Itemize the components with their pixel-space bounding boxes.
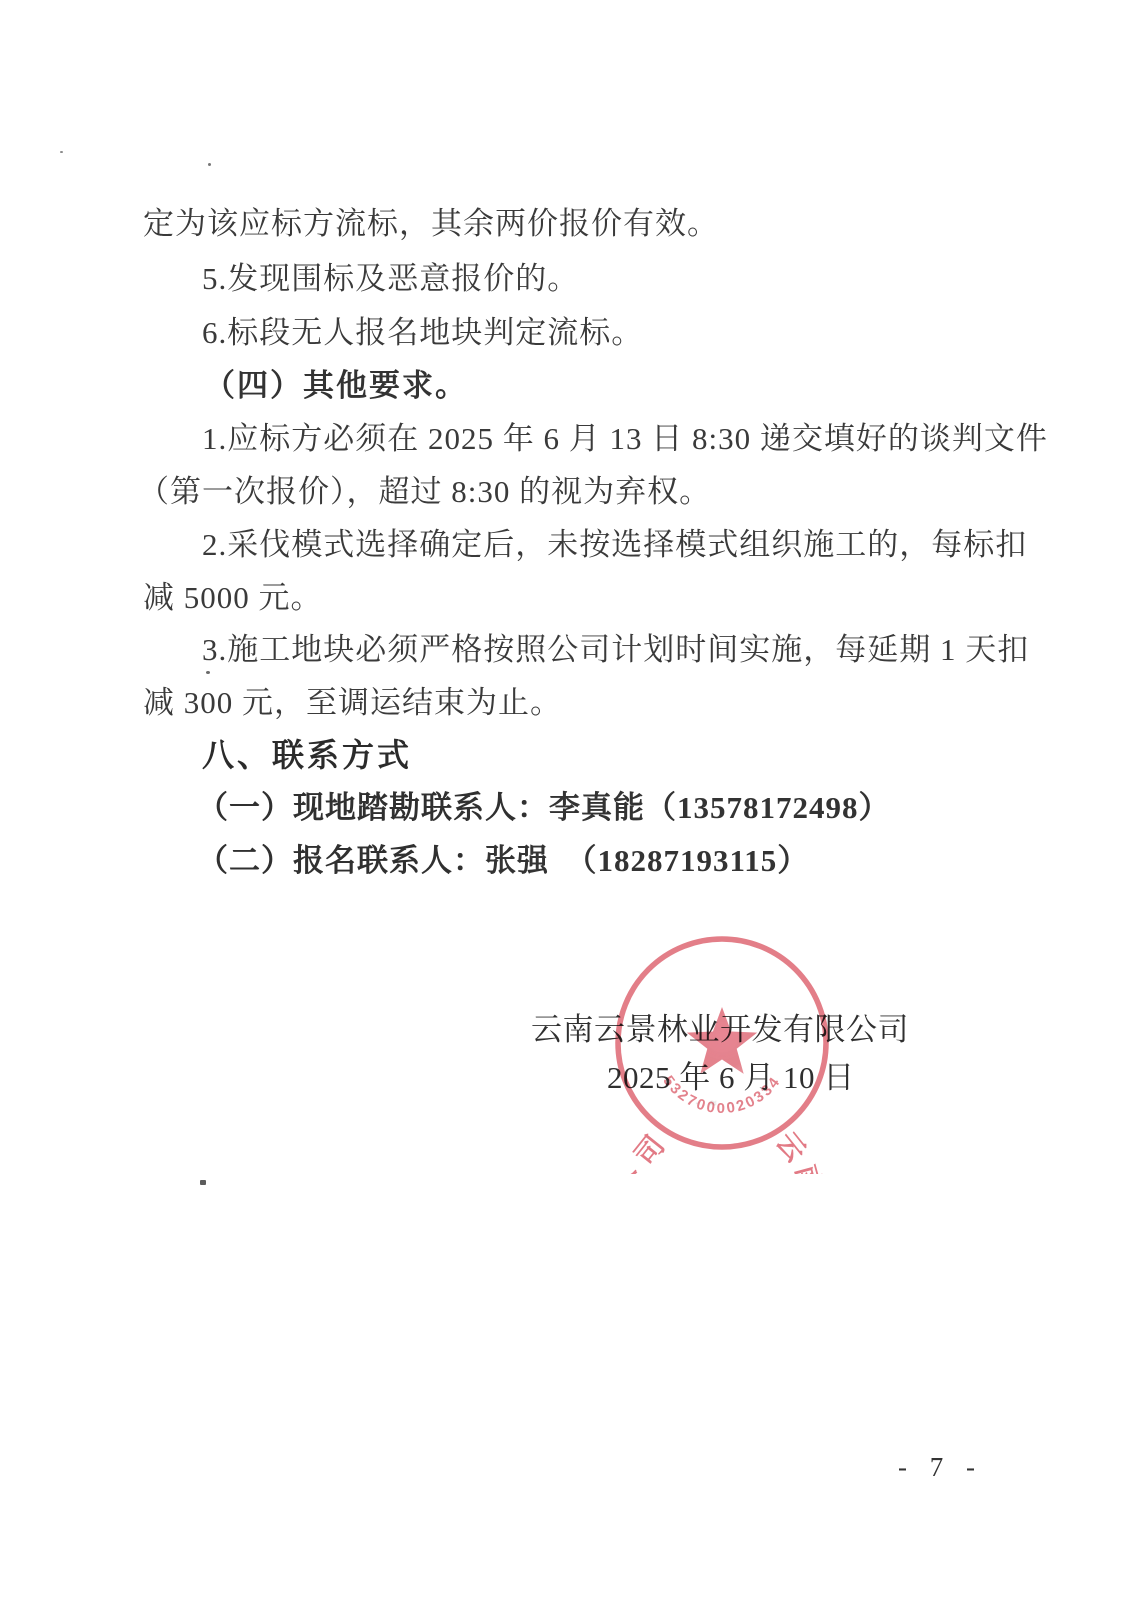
contact-line-registration: （二）报名联系人：张强 （18287193115） <box>197 843 809 879</box>
paragraph-line: 3.施工地块必须严格按照公司计划时间实施，每延期 1 天扣 <box>202 632 1029 668</box>
paragraph-line: 2.采伐模式选择确定后，未按选择模式组织施工的，每标扣 <box>202 527 1027 563</box>
scan-speck <box>60 151 63 153</box>
stamp-graphic: 云南云景林业开发有限公司 5327000020334 <box>590 910 854 1174</box>
red-star-icon <box>687 1007 757 1074</box>
contact-label: （二）报名联系人： <box>197 843 485 878</box>
scan-speck <box>200 1180 206 1185</box>
paragraph-line: 5.发现围标及恶意报价的。 <box>202 261 579 297</box>
stamp-arc-company-name: 云南云景林业开发有限公司 <box>615 1126 830 1174</box>
paragraph-line: 定为该应标方流标，其余两价报价有效。 <box>143 206 719 242</box>
section-heading-contact: 八、联系方式 <box>202 737 412 774</box>
scanned-document-page: 定为该应标方流标，其余两价报价有效。 5.发现围标及恶意报价的。 6.标段无人报… <box>0 0 1131 1600</box>
contact-line-survey: （一）现地踏勘联系人：李真能（13578172498） <box>197 790 891 826</box>
stamp-code-number: 5327000020334 <box>659 1073 784 1117</box>
paragraph-line: 6.标段无人报名地块判定流标。 <box>202 315 643 351</box>
paragraph-line: 减 300 元，至调运结束为止。 <box>143 685 562 721</box>
paragraph-line: 减 5000 元。 <box>143 580 323 616</box>
scan-speck <box>208 163 211 166</box>
contact-label: （一）现地踏勘联系人： <box>197 790 549 825</box>
contact-value: 张强 （18287193115） <box>485 843 809 878</box>
subsection-heading: （四）其他要求。 <box>204 368 468 404</box>
contact-value: 李真能（13578172498） <box>549 790 891 825</box>
scan-speck <box>206 671 210 674</box>
paragraph-line: 1.应标方必须在 2025 年 6 月 13 日 8:30 递交填好的谈判文件 <box>202 421 1048 457</box>
company-seal-stamp: 云南云景林业开发有限公司 5327000020334 <box>590 910 854 1174</box>
page-number: - 7 - <box>898 1452 983 1483</box>
paragraph-line: （第一次报价），超过 8:30 的视为弃权。 <box>138 474 711 510</box>
